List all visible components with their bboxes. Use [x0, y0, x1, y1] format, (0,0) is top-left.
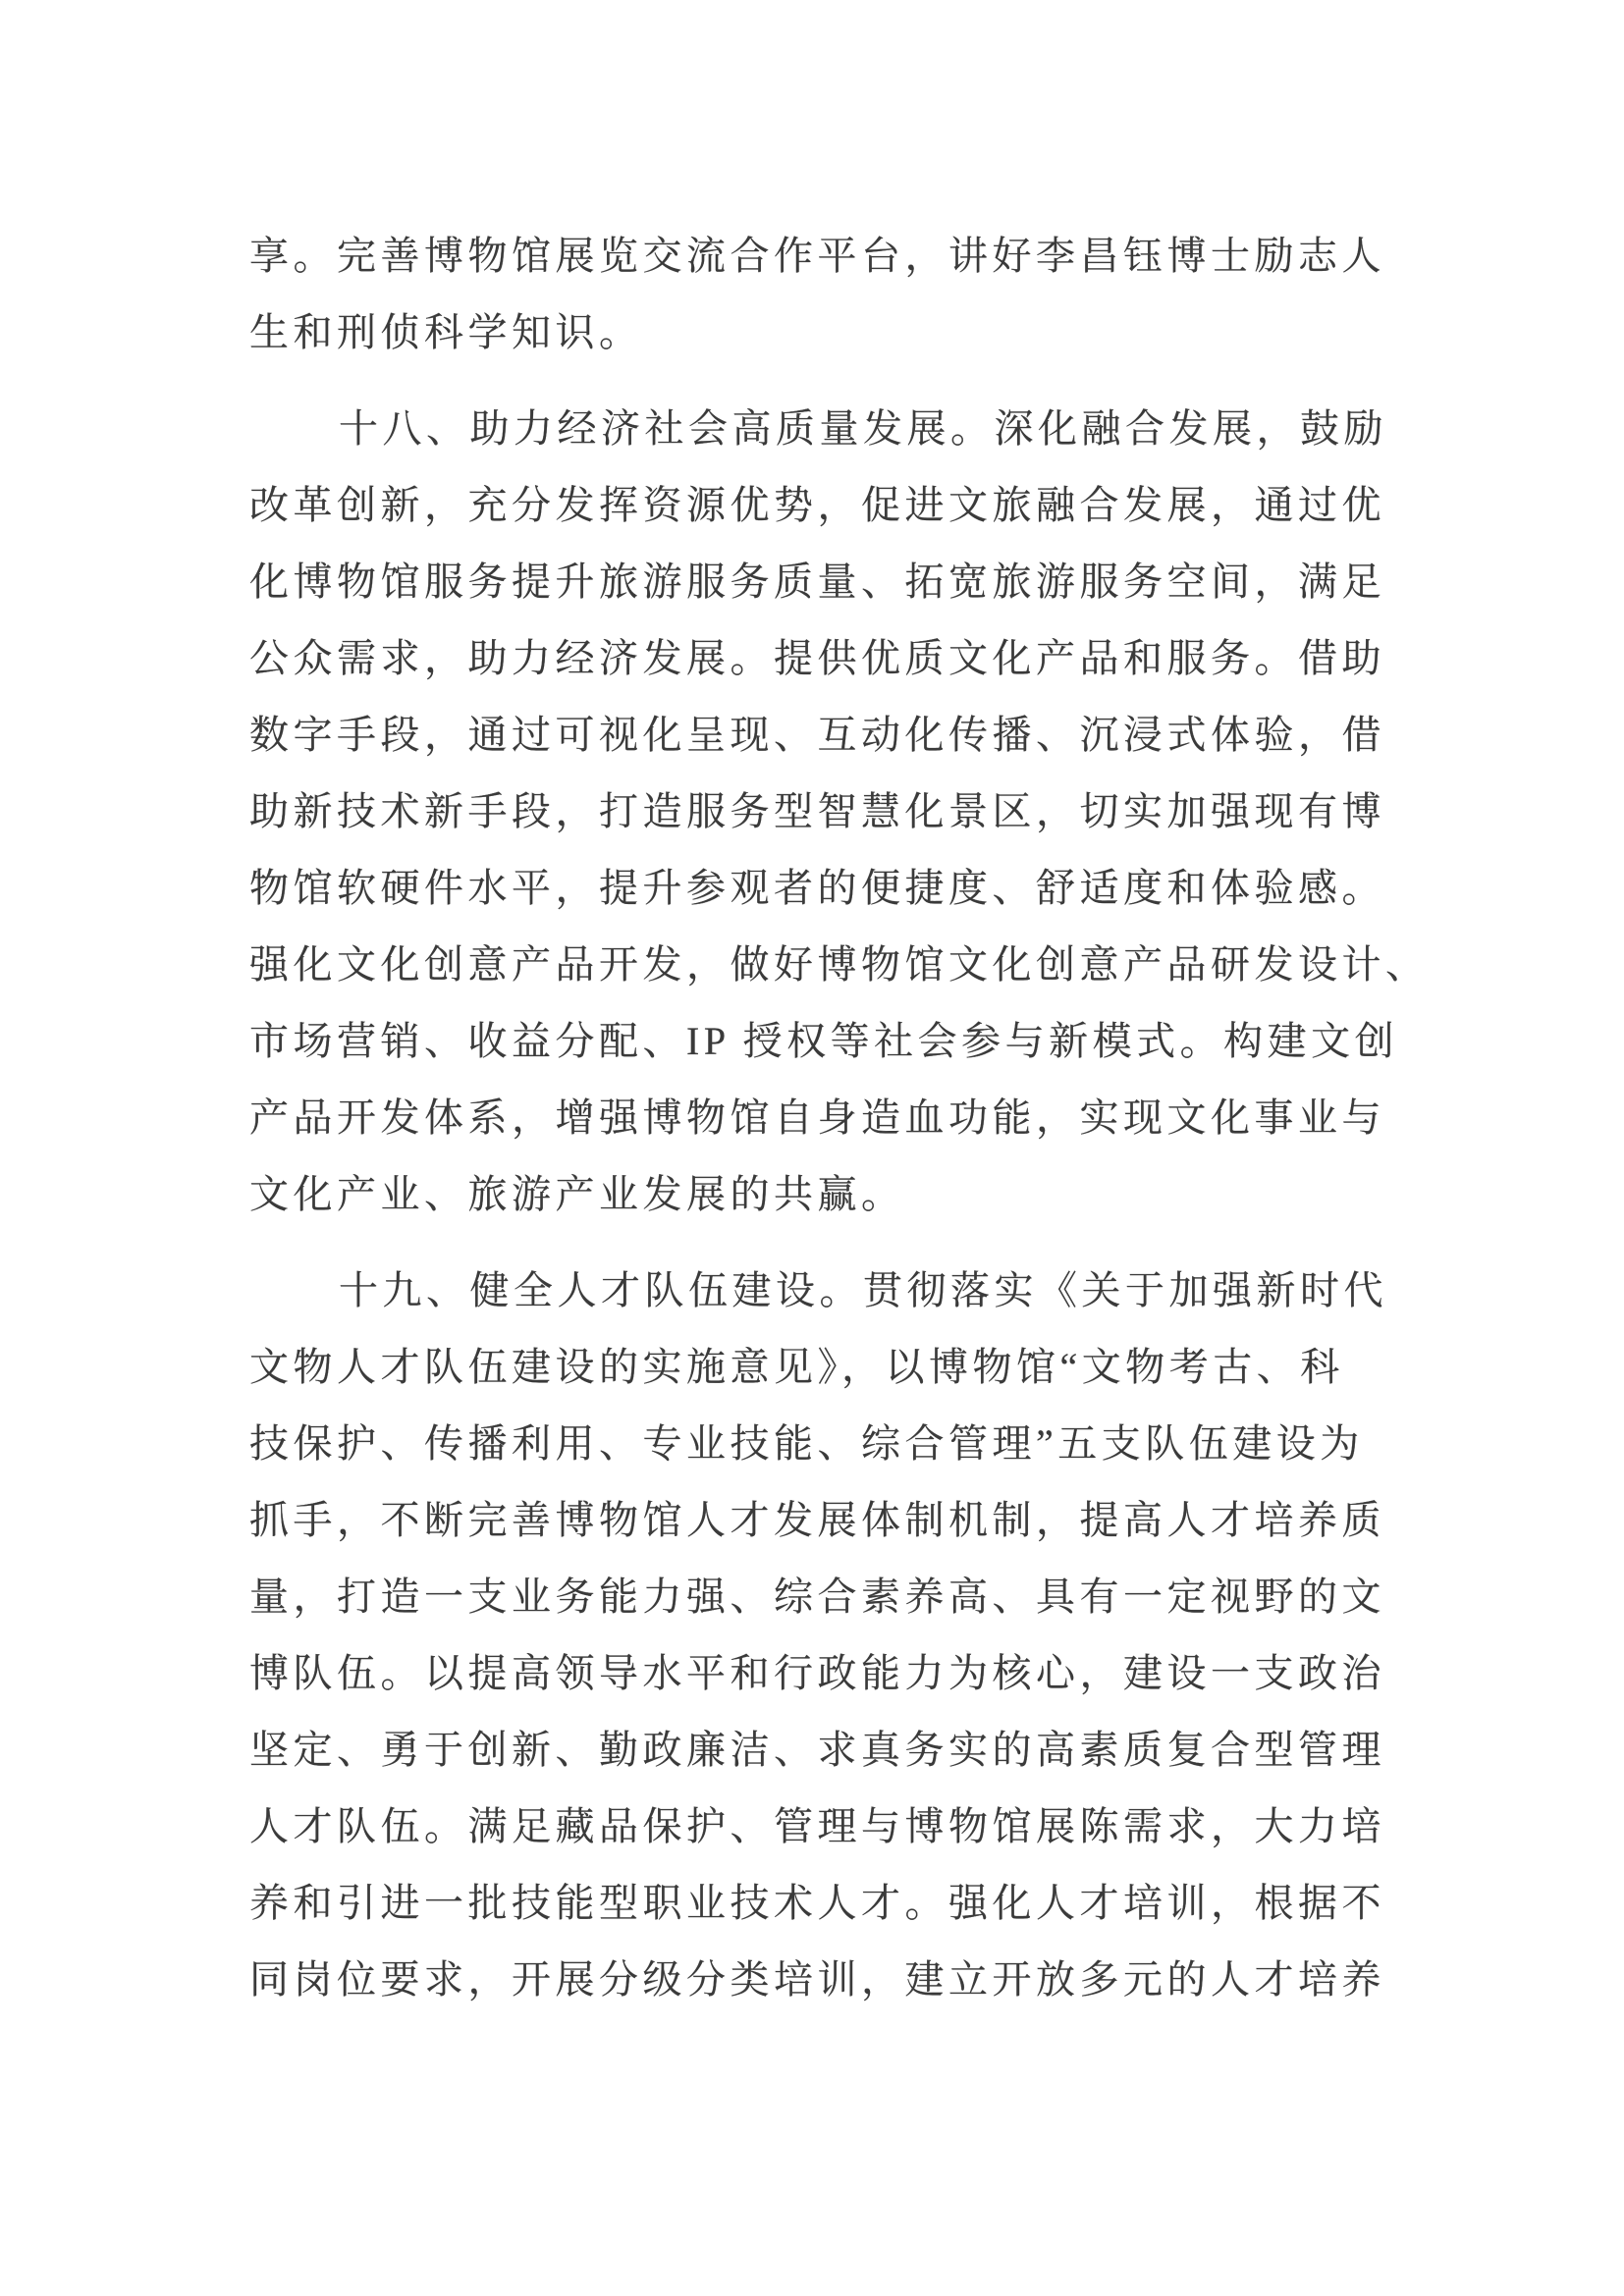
text-line: 量，打造一支业务能力强、综合素养高、具有一定视野的文	[249, 1559, 1477, 1635]
text-line: 文化产业、旅游产业发展的共赢。	[249, 1156, 1477, 1233]
text-line: 养和引进一批技能型职业技术人才。强化人才培训，根据不	[249, 1865, 1477, 1942]
text-line: 数字手段，通过可视化呈现、互动化传播、沉浸式体验，借	[249, 697, 1477, 774]
text-line: 改革创新，充分发挥资源优势，促进文旅融合发展，通过优	[249, 467, 1477, 544]
text-line: 同岗位要求，开展分级分类培训，建立开放多元的人才培养	[249, 1942, 1477, 2018]
text-line: 物馆软硬件水平，提升参观者的便捷度、舒适度和体验感。	[249, 850, 1477, 927]
document-content: 享。完善博物馆展览交流合作平台，讲好李昌钰博士励志人 生和刑侦科学知识。 十八、…	[249, 218, 1477, 2018]
text-line: 市场营销、收益分配、IP 授权等社会参与新模式。构建文创	[249, 1003, 1477, 1080]
text-line: 强化文化创意产品开发，做好博物馆文化创意产品研发设计、	[249, 927, 1477, 1003]
text-line: 公众需求，助力经济发展。提供优质文化产品和服务。借助	[249, 620, 1477, 697]
text-line: 抓手，不断完善博物馆人才发展体制机制，提高人才培养质	[249, 1482, 1477, 1559]
text-line: 博队伍。以提高领导水平和行政能力为核心，建设一支政治	[249, 1635, 1477, 1712]
text-line: 人才队伍。满足藏品保护、管理与博物馆展陈需求，大力培	[249, 1789, 1477, 1865]
text-line: 助新技术新手段，打造服务型智慧化景区，切实加强现有博	[249, 774, 1477, 850]
text-line: 享。完善博物馆展览交流合作平台，讲好李昌钰博士励志人	[249, 218, 1477, 294]
document-page: 享。完善博物馆展览交流合作平台，讲好李昌钰博士励志人 生和刑侦科学知识。 十八、…	[0, 0, 1624, 2296]
text-line: 产品开发体系，增强博物馆自身造血功能，实现文化事业与	[249, 1080, 1477, 1156]
text-line: 生和刑侦科学知识。	[249, 294, 1477, 371]
text-line: 坚定、勇于创新、勤政廉洁、求真务实的高素质复合型管理	[249, 1712, 1477, 1789]
text-line: 十九、健全人才队伍建设。贯彻落实《关于加强新时代	[249, 1253, 1477, 1329]
paragraph-18: 十八、助力经济社会高质量发展。深化融合发展，鼓励 改革创新，充分发挥资源优势，促…	[249, 391, 1477, 1233]
paragraph-19: 十九、健全人才队伍建设。贯彻落实《关于加强新时代 文物人才队伍建设的实施意见》，…	[249, 1253, 1477, 2018]
text-line: 化博物馆服务提升旅游服务质量、拓宽旅游服务空间，满足	[249, 544, 1477, 620]
text-line: 十八、助力经济社会高质量发展。深化融合发展，鼓励	[249, 391, 1477, 467]
text-line: 技保护、传播利用、专业技能、综合管理”五支队伍建设为	[249, 1406, 1477, 1482]
text-line: 文物人才队伍建设的实施意见》，以博物馆“文物考古、科	[249, 1329, 1477, 1406]
paragraph-continuation: 享。完善博物馆展览交流合作平台，讲好李昌钰博士励志人 生和刑侦科学知识。	[249, 218, 1477, 371]
